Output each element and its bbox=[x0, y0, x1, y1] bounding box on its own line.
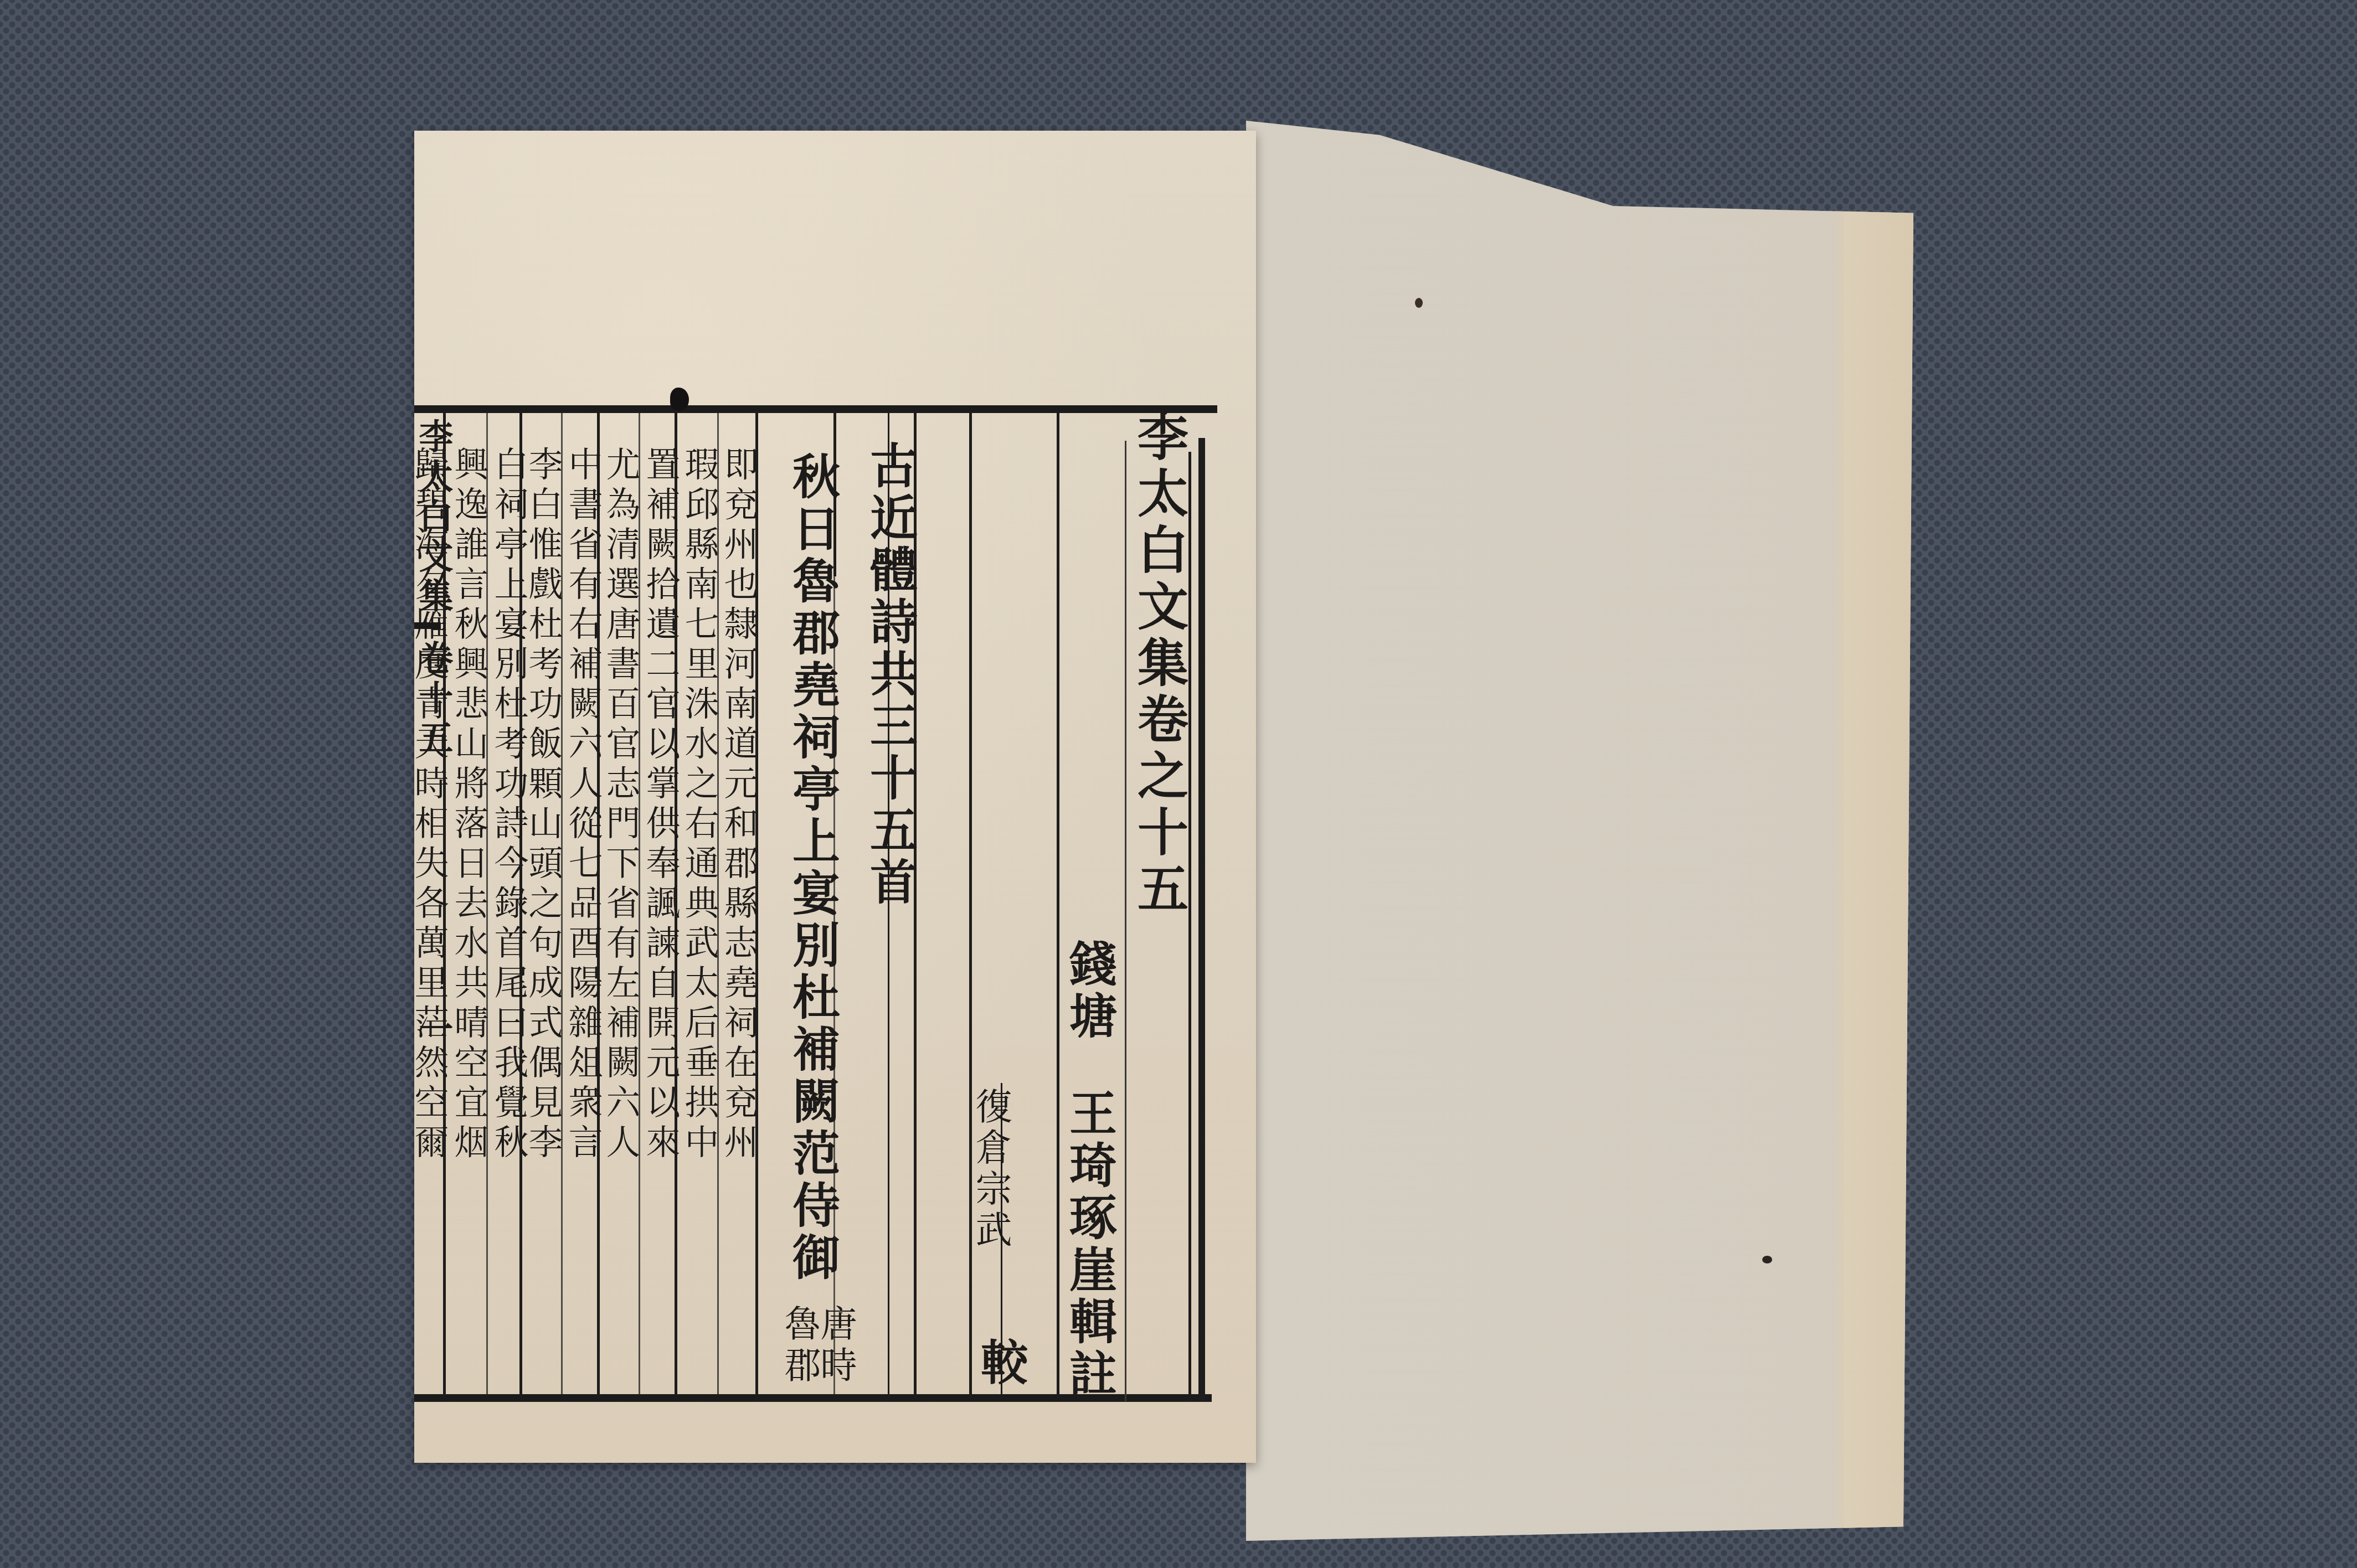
poem-title-note-right: 唐 bbox=[816, 1304, 855, 1345]
printed-left-page: 李太白文集卷之十五 錢塘 王琦琢崖輯註 𤐣 葆光 復倉宗武 較 古近體詩共三十五… bbox=[414, 131, 1256, 1463]
poem-title-note-right-2: 時 bbox=[816, 1346, 855, 1387]
fold-column-volume: 卷十五 bbox=[415, 640, 451, 760]
fold-column-title: 李太白文集 bbox=[415, 419, 451, 618]
commentary-line: 白祠亭上宴別杜考功詩今錄首尾曰我覺秋 bbox=[491, 446, 526, 1164]
commentary-line: 李白惟戲杜考功飯顆山頭之句成式偶見李 bbox=[525, 446, 560, 1164]
top-border-line bbox=[414, 405, 1217, 413]
commentary-line: 中書省有右補闕六人從七品酉陽雜俎衆言 bbox=[565, 446, 600, 1164]
commentary-line: 置補闕拾遺二官以掌供奉諷諫自開元以來 bbox=[642, 446, 678, 1164]
column-line bbox=[1057, 410, 1059, 1399]
commentary-line: 即兗州也隸河南道元和郡縣志堯祠在兗州 bbox=[721, 446, 756, 1164]
commentary-line: 尤為清選唐書百官志門下省有左補闕六人 bbox=[603, 446, 638, 1164]
fold-fishtail-mark bbox=[414, 622, 441, 629]
blank-right-page bbox=[1246, 121, 1913, 1541]
section-heading: 古近體詩共三十五首 bbox=[862, 441, 917, 909]
collate-mark: 較 bbox=[972, 1338, 1028, 1390]
editor-name: 王琦琢崖輯註 bbox=[1061, 1089, 1116, 1401]
poem-title: 秋日魯郡堯祠亭上宴別杜補闕范侍御 bbox=[784, 452, 840, 1285]
page-edge-discoloration bbox=[1844, 121, 1913, 1541]
book-title-column: 李太白文集卷之十五 bbox=[1129, 410, 1190, 919]
paper-speck bbox=[1415, 298, 1423, 308]
fold-column-page: 一 bbox=[415, 1011, 451, 1051]
poem-title-note-left: 魯 bbox=[780, 1304, 819, 1345]
editor-place: 錢塘 bbox=[1061, 939, 1116, 1043]
paper-speck bbox=[1762, 1256, 1772, 1263]
commentary-line: 瑕邱縣南七里洙水之右通典武太后垂拱中 bbox=[681, 446, 717, 1164]
title-column-line bbox=[1125, 441, 1126, 1401]
collator-2: 復倉宗武 bbox=[971, 1087, 1010, 1251]
outer-frame-line bbox=[1198, 438, 1205, 1401]
ink-blot bbox=[670, 388, 689, 411]
collator-1: 𤐣 葆光 bbox=[1008, 1087, 1047, 1257]
commentary-line: 興逸誰言秋興悲山將落日去水共晴空宜烟 bbox=[451, 446, 486, 1164]
poem-title-note-left-2: 郡 bbox=[780, 1346, 819, 1387]
